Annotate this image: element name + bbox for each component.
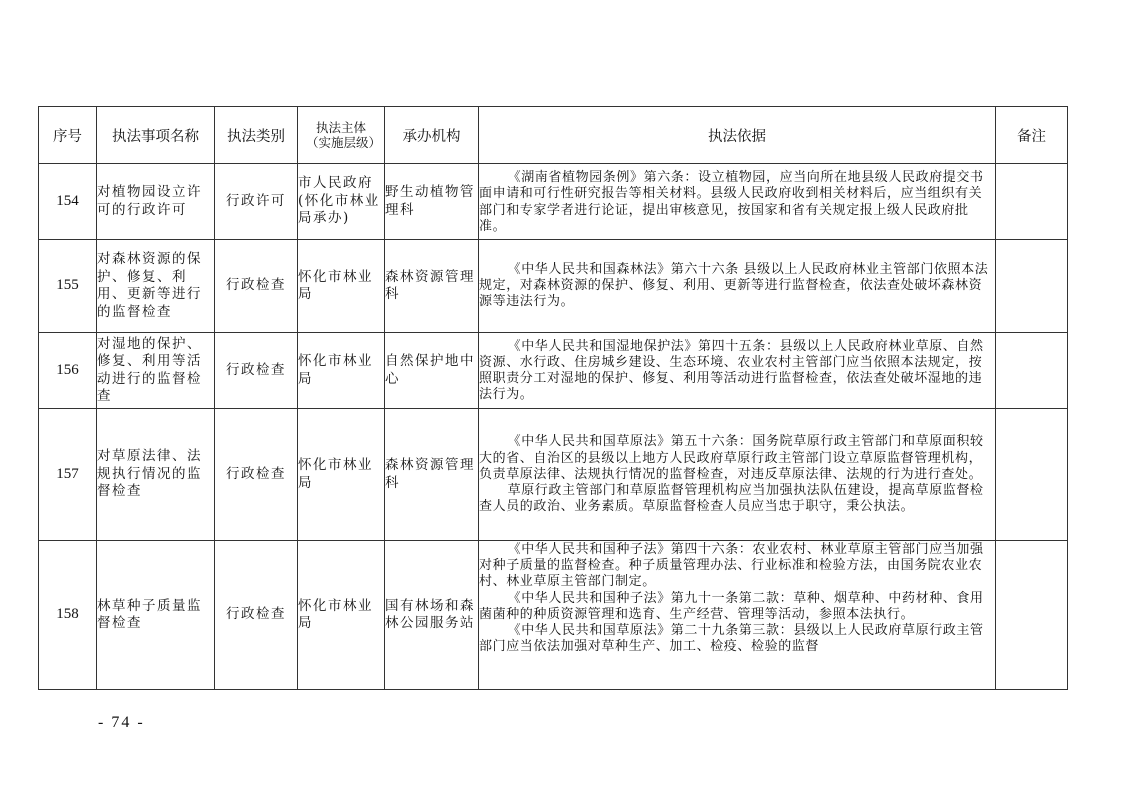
row-seq: 157 xyxy=(39,409,97,541)
table-row: 157 对草原法律、法规执行情况的监督检查 行政检查 怀化市林业局 森林资源管理… xyxy=(39,409,1068,541)
header-name: 执法事项名称 xyxy=(97,107,215,164)
row-remark xyxy=(996,541,1068,690)
row-seq: 156 xyxy=(39,333,97,409)
table-row: 154 对植物园设立许可的行政许可 行政许可 市人民政府(怀化市林业局承办) 野… xyxy=(39,164,1068,240)
row-remark xyxy=(996,409,1068,541)
row-subject: 市人民政府(怀化市林业局承办) xyxy=(298,164,385,240)
row-remark xyxy=(996,240,1068,333)
row-name: 对湿地的保护、修复、利用等活动进行的监督检查 xyxy=(97,333,215,409)
row-dept: 森林资源管理科 xyxy=(385,409,479,541)
basis-paragraph: 《中华人民共和国草原法》第五十六条：国务院草原行政主管部门和草原面积较大的省、自… xyxy=(479,434,995,483)
header-subject: 执法主体（实施层级） xyxy=(298,107,385,164)
row-remark xyxy=(996,333,1068,409)
row-category: 行政许可 xyxy=(215,164,298,240)
row-basis: 《中华人民共和国草原法》第五十六条：国务院草原行政主管部门和草原面积较大的省、自… xyxy=(479,409,996,541)
row-dept: 野生动植物管理科 xyxy=(385,164,479,240)
basis-paragraph: 草原行政主管部门和草原监督管理机构应当加强执法队伍建设，提高草原监督检查人员的政… xyxy=(479,483,995,515)
row-category: 行政检查 xyxy=(215,541,298,690)
basis-paragraph: 《中华人民共和国种子法》第四十六条：农业农村、林业草原主管部门应当加强对种子质量… xyxy=(479,542,995,591)
table-row: 158 林草种子质量监督检查 行政检查 怀化市林业局 国有林场和森林公园服务站 … xyxy=(39,541,1068,690)
page-number: - 74 - xyxy=(98,714,145,732)
header-seq: 序号 xyxy=(39,107,97,164)
row-basis: 《中华人民共和国森林法》第六十六条 县级以上人民政府林业主管部门依照本法规定，对… xyxy=(479,240,996,333)
table-row: 156 对湿地的保护、修复、利用等活动进行的监督检查 行政检查 怀化市林业局 自… xyxy=(39,333,1068,409)
header-category: 执法类别 xyxy=(215,107,298,164)
header-remark: 备注 xyxy=(996,107,1068,164)
header-dept: 承办机构 xyxy=(385,107,479,164)
row-subject: 怀化市林业局 xyxy=(298,541,385,690)
enforcement-items-table: 序号 执法事项名称 执法类别 执法主体（实施层级） 承办机构 执法依据 备注 1… xyxy=(38,106,1068,690)
row-category: 行政检查 xyxy=(215,240,298,333)
row-category: 行政检查 xyxy=(215,409,298,541)
row-name: 对草原法律、法规执行情况的监督检查 xyxy=(97,409,215,541)
basis-paragraph: 《中华人民共和国湿地保护法》第四十五条：县级以上人民政府林业草原、自然资源、水行… xyxy=(479,339,995,404)
table-row: 155 对森林资源的保护、修复、利用、更新等进行的监督检查 行政检查 怀化市林业… xyxy=(39,240,1068,333)
row-seq: 155 xyxy=(39,240,97,333)
basis-paragraph: 《湖南省植物园条例》第六条：设立植物园，应当向所在地县级人民政府提交书面申请和可… xyxy=(479,170,995,235)
row-basis: 《湖南省植物园条例》第六条：设立植物园，应当向所在地县级人民政府提交书面申请和可… xyxy=(479,164,996,240)
row-dept: 森林资源管理科 xyxy=(385,240,479,333)
row-dept: 国有林场和森林公园服务站 xyxy=(385,541,479,690)
row-category: 行政检查 xyxy=(215,333,298,409)
row-name: 对森林资源的保护、修复、利用、更新等进行的监督检查 xyxy=(97,240,215,333)
basis-paragraph: 《中华人民共和国草原法》第二十九条第三款：县级以上人民政府草原行政主管部门应当依… xyxy=(479,623,995,655)
row-remark xyxy=(996,164,1068,240)
row-subject: 怀化市林业局 xyxy=(298,240,385,333)
row-basis: 《中华人民共和国种子法》第四十六条：农业农村、林业草原主管部门应当加强对种子质量… xyxy=(479,541,996,690)
row-seq: 158 xyxy=(39,541,97,690)
row-subject: 怀化市林业局 xyxy=(298,333,385,409)
basis-paragraph: 《中华人民共和国种子法》第九十一条第二款：草种、烟草种、中药材种、食用菌菌种的种… xyxy=(479,591,995,623)
row-basis: 《中华人民共和国湿地保护法》第四十五条：县级以上人民政府林业草原、自然资源、水行… xyxy=(479,333,996,409)
basis-paragraph: 《中华人民共和国森林法》第六十六条 县级以上人民政府林业主管部门依照本法规定，对… xyxy=(479,262,995,311)
row-seq: 154 xyxy=(39,164,97,240)
table-header-row: 序号 执法事项名称 执法类别 执法主体（实施层级） 承办机构 执法依据 备注 xyxy=(39,107,1068,164)
row-name: 对植物园设立许可的行政许可 xyxy=(97,164,215,240)
row-subject: 怀化市林业局 xyxy=(298,409,385,541)
row-name: 林草种子质量监督检查 xyxy=(97,541,215,690)
row-dept: 自然保护地中心 xyxy=(385,333,479,409)
header-basis: 执法依据 xyxy=(479,107,996,164)
